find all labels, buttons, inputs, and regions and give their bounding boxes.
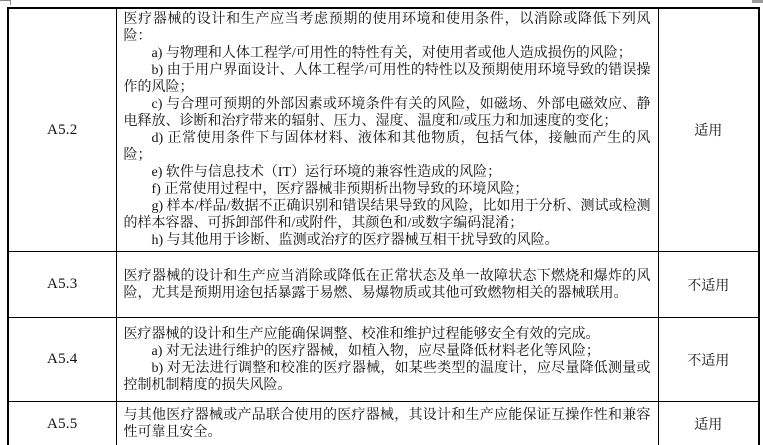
scan-artifact-top-left [0, 0, 11, 5]
description-paragraph: h) 与其他用于诊断、监测或治疗的医疗器械互相干扰导致的风险。 [124, 232, 651, 249]
row-description: 与其他医疗器械或产品联合使用的医疗器械，其设计和生产应能保证互操作性和兼容性可靠… [116, 402, 658, 445]
row-status: 不适用 [658, 252, 759, 318]
row-description: 医疗器械的设计和生产应当消除或降低在正常状态及单一故障状态下燃烧和爆炸的风险，尤… [116, 252, 658, 318]
description-paragraph: b) 由于用户界面设计、人体工程学/可用性的特性以及预期使用环境导致的错误操作的… [124, 62, 651, 96]
row-description: 医疗器械的设计和生产应当考虑预期的使用环境和使用条件，以消除或降低下列风险：a)… [116, 8, 658, 252]
description-paragraph: a) 对无法进行维护的医疗器械，如植入物，应尽量降低材料老化等风险； [124, 343, 651, 360]
table-row: A5.2 医疗器械的设计和生产应当考虑预期的使用环境和使用条件，以消除或降低下列… [8, 8, 759, 252]
row-status: 适用 [658, 8, 759, 252]
description-paragraph: e) 软件与信息技术（IT）运行环境的兼容性造成的风险； [124, 164, 651, 181]
description-paragraph: 医疗器械的设计和生产应当消除或降低在正常状态及单一故障状态下燃烧和爆炸的风险，尤… [124, 268, 651, 302]
description-paragraph: c) 与合理可预期的外部因素或环境条件有关的风险，如磁场、外部电磁效应、静电释放… [124, 96, 651, 130]
row-code: A5.5 [8, 402, 116, 445]
description-paragraph: 医疗器械的设计和生产应能确保调整、校准和维护过程能够安全有效的完成。 [124, 326, 651, 343]
description-paragraph: a) 与物理和人体工程学/可用性的特性有关，对使用者或他人造成损伤的风险； [124, 45, 651, 62]
scan-artifact-top-right [752, 0, 763, 3]
table-row: A5.5 与其他医疗器械或产品联合使用的医疗器械，其设计和生产应能保证互操作性和… [8, 402, 759, 445]
row-status: 不适用 [658, 318, 759, 402]
row-code: A5.2 [8, 8, 116, 252]
requirements-table: A5.2 医疗器械的设计和生产应当考虑预期的使用环境和使用条件，以消除或降低下列… [7, 7, 760, 445]
row-description: 医疗器械的设计和生产应能确保调整、校准和维护过程能够安全有效的完成。a) 对无法… [116, 318, 658, 402]
table-row: A5.4 医疗器械的设计和生产应能确保调整、校准和维护过程能够安全有效的完成。a… [8, 318, 759, 402]
description-paragraph: g) 样本/样品/数据不正确识别和错误结果导致的风险，比如用于分析、测试或检测的… [124, 198, 651, 232]
row-code: A5.3 [8, 252, 116, 318]
table-row: A5.3 医疗器械的设计和生产应当消除或降低在正常状态及单一故障状态下燃烧和爆炸… [8, 252, 759, 318]
row-code: A5.4 [8, 318, 116, 402]
description-paragraph: b) 对无法进行调整和校准的医疗器械，如某些类型的温度计，应尽量降低测量或控制机… [124, 360, 651, 394]
row-status: 适用 [658, 402, 759, 445]
requirements-table-body: A5.2 医疗器械的设计和生产应当考虑预期的使用环境和使用条件，以消除或降低下列… [8, 8, 759, 445]
description-paragraph: 与其他医疗器械或产品联合使用的医疗器械，其设计和生产应能保证互操作性和兼容性可靠… [124, 407, 651, 441]
description-paragraph: f) 正常使用过程中，医疗器械非预期析出物导致的环境风险； [124, 181, 651, 198]
description-paragraph: 医疗器械的设计和生产应当考虑预期的使用环境和使用条件，以消除或降低下列风险： [124, 11, 651, 45]
description-paragraph: d) 正常使用条件下与固体材料、液体和其他物质，包括气体，接触而产生的风险； [124, 130, 651, 164]
